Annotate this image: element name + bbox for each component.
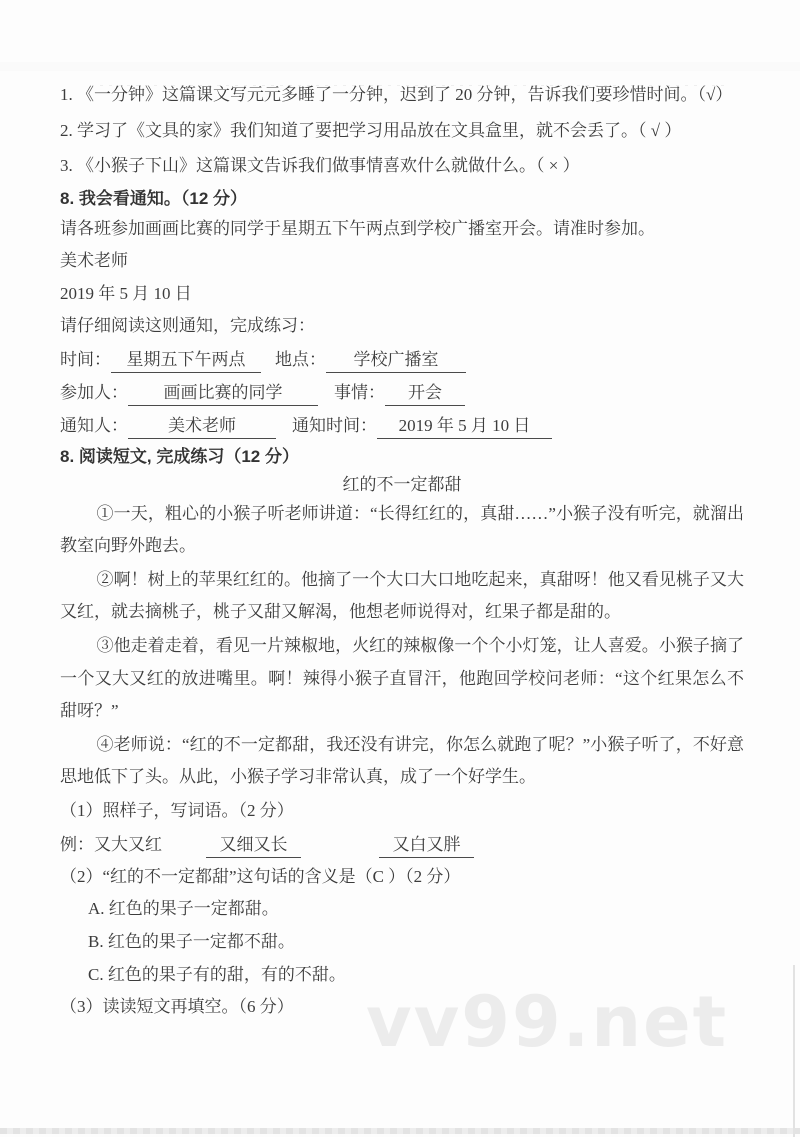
blank-label-event: 事情： bbox=[334, 376, 385, 409]
blank-answer-notifier: 美术老师 bbox=[128, 414, 276, 439]
notice-date: 2019 年 5 月 10 日 bbox=[60, 278, 744, 311]
blank-label-time: 时间： bbox=[60, 343, 111, 376]
story-paragraph-1: ①一天，粗心的小猴子听老师讲道：“长得红红的，真甜……”小猴子没有听完，就溜出教… bbox=[60, 498, 744, 562]
judgement-item-1: 1. 《一分钟》这篇课文写元元多睡了一分钟，迟到了 20 分钟，告诉我们要珍惜时… bbox=[60, 77, 744, 113]
blank-row-participants-event: 参加人：画画比赛的同学事情：开会 bbox=[60, 376, 744, 409]
notice-section-heading: 8. 我会看通知。（12 分） bbox=[60, 184, 744, 213]
blank-answer-notify-date: 2019 年 5 月 10 日 bbox=[377, 414, 552, 439]
scan-shadow-top bbox=[0, 62, 800, 71]
blank-answer-event: 开会 bbox=[385, 381, 465, 406]
notice-signer: 美术老师 bbox=[60, 245, 744, 278]
scan-edge-bottom bbox=[0, 1128, 800, 1134]
blank-answer-time: 星期五下午两点 bbox=[111, 348, 261, 373]
story-paragraph-2: ②啊！树上的苹果红红的。他摘了一个大口大口地吃起来，真甜呀！他又看见桃子又大又红… bbox=[60, 564, 744, 628]
reading-section-heading: 8. 阅读短文, 完成练习（12 分） bbox=[60, 442, 744, 471]
question-2-label: （2）“红的不一定都甜”这句话的含义是（C ）（2 分） bbox=[60, 861, 744, 894]
option-a: A. 红色的果子一定都甜。 bbox=[60, 893, 744, 926]
blank-answer-participants: 画画比赛的同学 bbox=[128, 381, 318, 406]
blank-row-time-place: 时间：星期五下午两点地点：学校广播室 bbox=[60, 343, 744, 376]
scanned-test-page: 1. 《一分钟》这篇课文写元元多睡了一分钟，迟到了 20 分钟，告诉我们要珍惜时… bbox=[0, 0, 800, 1137]
example-label: 例：又大又红 bbox=[60, 835, 162, 854]
blank-row-notifier-date: 通知人：美术老师通知时间：2019 年 5 月 10 日 bbox=[60, 409, 744, 442]
document-content: 1. 《一分钟》这篇课文写元元多睡了一分钟，迟到了 20 分钟，告诉我们要珍惜时… bbox=[60, 77, 744, 1024]
blank-answer-place: 学校广播室 bbox=[326, 348, 466, 373]
notice-body: 请各班参加画画比赛的同学于星期五下午两点到学校广播室开会。请准时参加。 bbox=[60, 213, 744, 246]
watermark: vv99.net bbox=[366, 980, 728, 1064]
question-1-example-row: 例：又大又红又细又长又白又胖 bbox=[60, 828, 744, 861]
story-title: 红的不一定都甜 bbox=[60, 471, 744, 498]
blank-label-participants: 参加人： bbox=[60, 376, 128, 409]
question-1-label: （1）照样子，写词语。（2 分） bbox=[60, 795, 744, 828]
judgement-item-2: 2. 学习了《文具的家》我们知道了要把学习用品放在文具盒里，就不会丢了。（ √ … bbox=[60, 113, 744, 149]
example-answer-2: 又白又胖 bbox=[379, 833, 474, 858]
scan-edge-right bbox=[793, 965, 795, 1137]
option-b: B. 红色的果子一定都不甜。 bbox=[60, 926, 744, 959]
blank-label-place: 地点： bbox=[275, 343, 326, 376]
blank-label-notify-date: 通知时间： bbox=[292, 409, 377, 442]
blank-label-notifier: 通知人： bbox=[60, 409, 128, 442]
notice-instruction: 请仔细阅读这则通知，完成练习： bbox=[60, 310, 744, 343]
judgement-item-3: 3. 《小猴子下山》这篇课文告诉我们做事情喜欢什么就做什么。（ × ） bbox=[60, 148, 744, 184]
story-paragraph-4: ④老师说：“红的不一定都甜，我还没有讲完，你怎么就跑了呢？”小猴子听了，不好意思… bbox=[60, 729, 744, 793]
story-paragraph-3: ③他走着走着，看见一片辣椒地，火红的辣椒像一个个小灯笼，让人喜爱。小猴子摘了一个… bbox=[60, 630, 744, 727]
example-answer-1: 又细又长 bbox=[206, 833, 301, 858]
